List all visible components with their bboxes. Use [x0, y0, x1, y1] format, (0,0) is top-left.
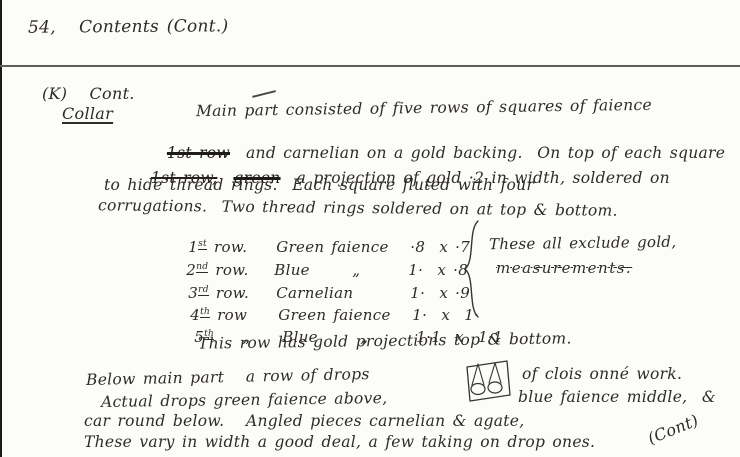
- item-title: Collar: [62, 105, 113, 123]
- projections-note: This row has gold projections top & bott…: [198, 330, 572, 352]
- grouping-brace-icon: [461, 219, 483, 319]
- bottom-line-2-left: Actual drops green faience above,: [101, 390, 388, 411]
- bottom-line-4: These vary in width a good deal, a few t…: [84, 434, 595, 451]
- brace-note-line-2: measurements.: [496, 260, 632, 277]
- bottom-line-2-right: blue faience middle, &: [518, 389, 716, 406]
- page-edge-line: [0, 0, 2, 457]
- footer-cont-mark: (Cont): [645, 411, 701, 447]
- paragraph-line-5: corrugations. Two thread rings soldered …: [98, 197, 618, 219]
- brace-note-line-1: These all exclude gold,: [489, 234, 677, 253]
- stray-pen-mark: [252, 90, 276, 97]
- document-page: 54, Contents (Cont.) (K) Cont. Collar Ma…: [0, 0, 740, 457]
- bottom-line-1-left: Below main part a row of drops: [86, 366, 370, 389]
- paragraph-line-4: to hide thread rings. Each square fluted…: [104, 177, 534, 194]
- bottom-line-1-right: of clois onné work.: [522, 366, 682, 383]
- section-label: (K) Cont.: [42, 85, 135, 103]
- page-header: 54, Contents (Cont.): [28, 17, 229, 37]
- header-divider: [0, 65, 740, 67]
- bottom-line-3: car round below. Angled pieces carnelian…: [84, 413, 525, 430]
- paragraph-line-1: Main part consisted of five rows of squa…: [196, 97, 652, 120]
- drops-sketch-icon: [462, 358, 512, 404]
